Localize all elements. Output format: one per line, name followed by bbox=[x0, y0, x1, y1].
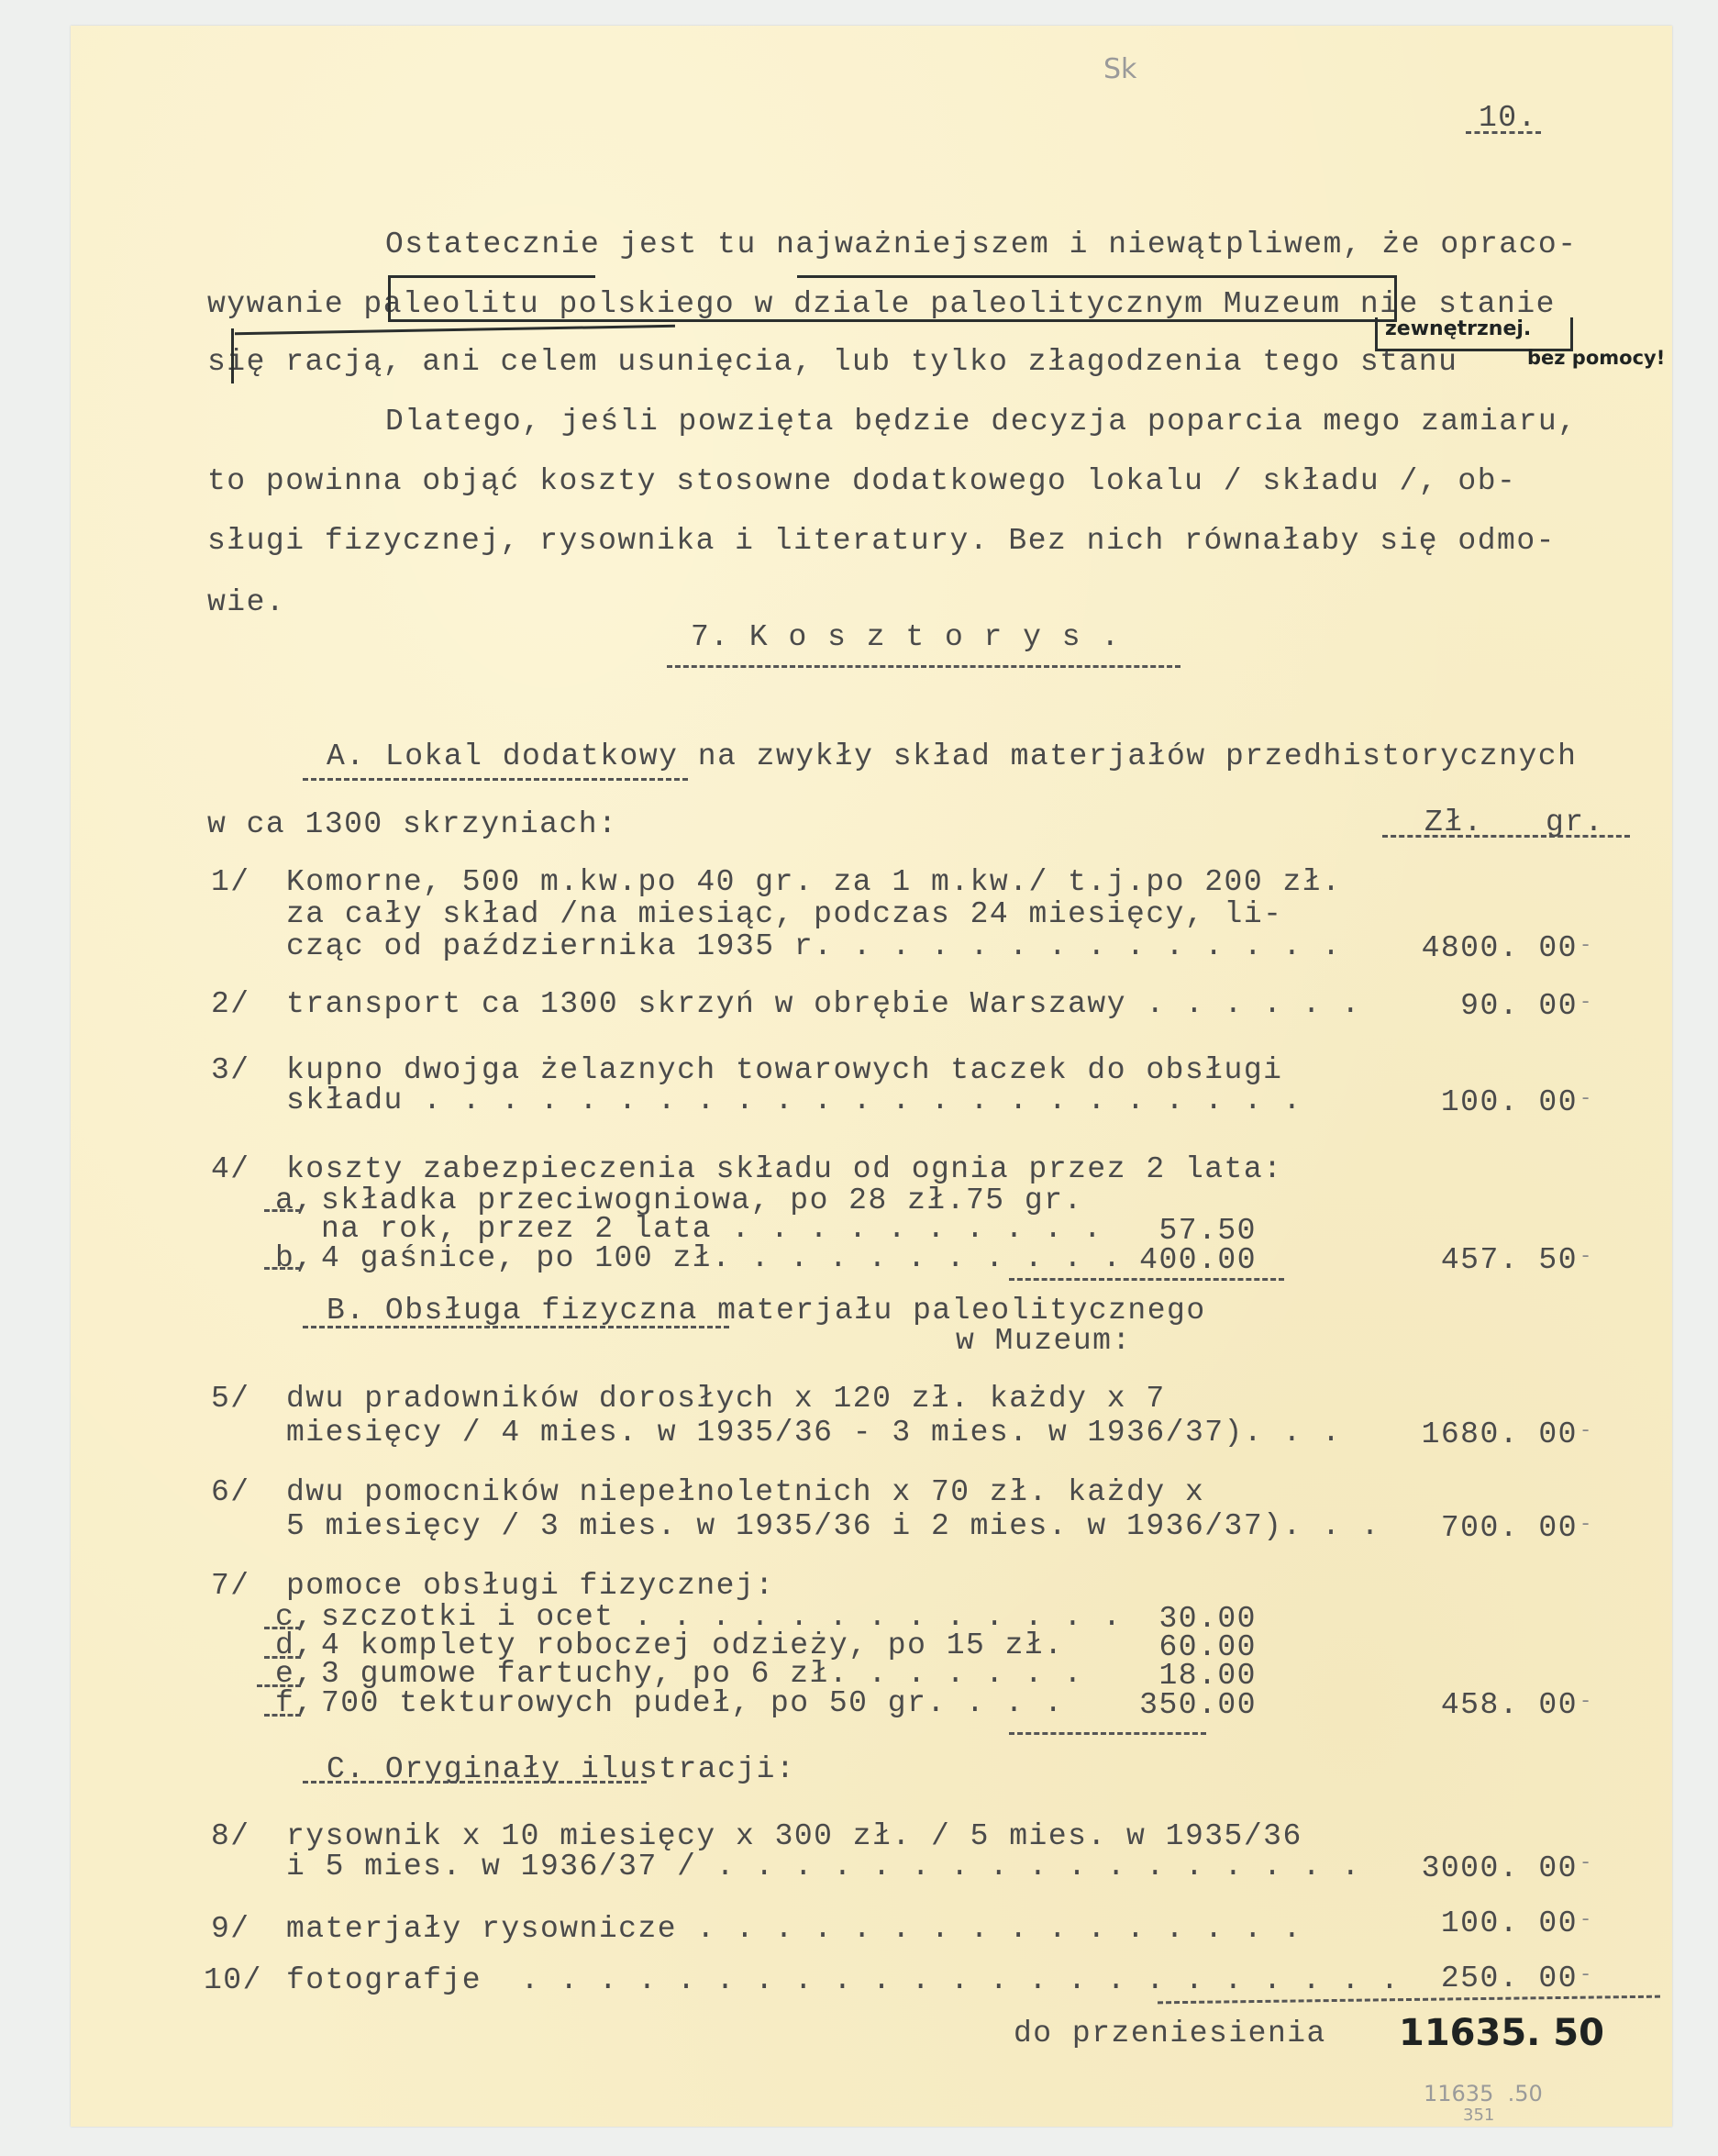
item-4b-amount: 400.00 bbox=[1092, 1243, 1257, 1277]
item-9-number: 9/ bbox=[211, 1914, 250, 1944]
item-1-line-2: za cały skład /na miesiąc, podczas 24 mi… bbox=[286, 899, 1282, 929]
column-header-zl: Zł. bbox=[1424, 807, 1483, 838]
item-4-tick: - bbox=[1579, 1245, 1591, 1268]
pencil-note-bottom-1: 11635 .50 bbox=[1424, 2081, 1543, 2106]
item-8-line-2: i 5 mies. w 1936/37 / . . . . . . . . . … bbox=[286, 1851, 1361, 1882]
item-1-line-1: Komorne, 500 m.kw.po 40 gr. za 1 m.kw./ … bbox=[286, 867, 1341, 897]
paragraph-1-line-1: Ostatecznie jest tu najważniejszem i nie… bbox=[385, 229, 1578, 260]
insertion-box-left bbox=[388, 275, 391, 321]
item-1-number: 1/ bbox=[211, 867, 250, 897]
item-4a-line-2: na rok, przez 2 lata . . . . . . . . . . bbox=[321, 1214, 1103, 1244]
section-a-heading-line-2: w ca 1300 skrzyniach: bbox=[207, 809, 617, 839]
item-2-amount: 90. 00 bbox=[1394, 989, 1578, 1023]
item-4-subtotal-underline bbox=[1009, 1278, 1284, 1281]
item-2-number: 2/ bbox=[211, 989, 250, 1019]
section-a-underline bbox=[303, 778, 688, 781]
paragraph-2-line-3: sługi fizycznej, rysownika i literatury.… bbox=[207, 526, 1556, 556]
item-4b-letter-underline bbox=[264, 1267, 301, 1270]
item-3-line-2: składu . . . . . . . . . . . . . . . . .… bbox=[286, 1085, 1302, 1116]
paragraph-2-line-2: to powinna objąć koszty stosowne dodatko… bbox=[207, 466, 1516, 496]
item-1-tick: - bbox=[1579, 934, 1591, 957]
item-5-line-1: dwu pradowników dorosłych x 120 zł. każd… bbox=[286, 1384, 1166, 1414]
item-4-line-1: koszty zabezpieczenia składu od ognia pr… bbox=[286, 1154, 1282, 1184]
page-number: 10. bbox=[1479, 103, 1537, 133]
item-5-line-2: miesięcy / 4 mies. w 1935/36 - 3 mies. w… bbox=[286, 1417, 1341, 1448]
column-header-gr: gr. bbox=[1546, 807, 1604, 838]
insertion-box-right bbox=[1394, 275, 1397, 321]
item-7f-text: 700 tekturowych pudeł, po 50 gr. . . . bbox=[321, 1688, 1064, 1718]
section-b-heading-line-2: w Muzeum: bbox=[956, 1326, 1132, 1356]
column-header-underline bbox=[1382, 835, 1630, 838]
insertion-box-bottom bbox=[388, 319, 1397, 322]
section-title-underline bbox=[667, 665, 1180, 668]
section-b-heading-line-1: B. Obsługa fizyczna materjału paleolityc… bbox=[327, 1295, 1206, 1326]
item-3-line-1: kupno dwojga żelaznych towarowych taczek… bbox=[286, 1055, 1282, 1085]
item-2-tick: - bbox=[1579, 991, 1591, 1014]
pencil-mark-top: Sk bbox=[1103, 53, 1136, 85]
item-7-tick: - bbox=[1579, 1690, 1591, 1713]
item-10-number: 10/ bbox=[204, 1965, 262, 1995]
item-5-tick: - bbox=[1579, 1419, 1591, 1442]
item-1-line-3: cząc od października 1935 r. . . . . . .… bbox=[286, 931, 1341, 961]
section-a-heading-line-1: A. Lokal dodatkowy na zwykły skład mater… bbox=[327, 741, 1577, 772]
item-7f-amount: 350.00 bbox=[1092, 1688, 1257, 1722]
item-9-tick: - bbox=[1579, 1908, 1591, 1931]
item-6-tick: - bbox=[1579, 1513, 1591, 1536]
paragraph-1-line-3: się racją, ani celem usunięcia, lub tylk… bbox=[207, 347, 1458, 377]
paragraph-2-line-4: wie. bbox=[207, 587, 285, 617]
item-7-subtotal-underline bbox=[1009, 1732, 1206, 1735]
item-8-line-1: rysownik x 10 miesięcy x 300 zł. / 5 mie… bbox=[286, 1821, 1302, 1851]
item-7f-underline bbox=[264, 1714, 301, 1717]
item-8-number: 8/ bbox=[211, 1821, 250, 1851]
section-c-underline bbox=[303, 1781, 647, 1784]
item-10-tick: - bbox=[1579, 1963, 1591, 1986]
item-7-line-1: pomoce obsługi fizycznej: bbox=[286, 1571, 775, 1601]
page-number-underline bbox=[1466, 131, 1541, 134]
item-5-amount: 1680. 00 bbox=[1394, 1417, 1578, 1451]
pencil-note-bottom-2: 351 bbox=[1463, 2106, 1494, 2125]
item-5-number: 5/ bbox=[211, 1384, 250, 1414]
item-4-amount: 457. 50 bbox=[1394, 1243, 1578, 1277]
item-4-number: 4/ bbox=[211, 1154, 250, 1184]
insertion-box-top bbox=[388, 275, 595, 278]
item-4a-letter-underline bbox=[264, 1209, 301, 1212]
carry-over-amount: 11635. 50 bbox=[1399, 2012, 1604, 2054]
item-3-amount: 100. 00 bbox=[1394, 1085, 1578, 1119]
insertion-arrow-vertical bbox=[231, 328, 234, 383]
item-3-tick: - bbox=[1579, 1087, 1591, 1110]
insertion-box-top-2 bbox=[797, 275, 1397, 278]
paragraph-2-line-1: Dlatego, jeśli powzięta będzie decyzja p… bbox=[385, 406, 1578, 437]
item-10-line-1: fotografje . . . . . . . . . . . . . . .… bbox=[286, 1965, 1400, 1995]
carry-over-label: do przeniesienia bbox=[1014, 2018, 1326, 2049]
handwritten-insert-bez-pomocy: bez pomocy! bbox=[1527, 347, 1665, 369]
item-8-amount: 3000. 00 bbox=[1394, 1851, 1578, 1885]
item-1-amount: 4800. 00 bbox=[1394, 931, 1578, 965]
item-6-line-2: 5 miesięcy / 3 mies. w 1935/36 i 2 mies.… bbox=[286, 1511, 1380, 1541]
item-2-line-1: transport ca 1300 skrzyń w obrębie Warsz… bbox=[286, 989, 1361, 1019]
item-3-number: 3/ bbox=[211, 1055, 250, 1085]
item-4b-line-1: 4 gaśnice, po 100 zł. . . . . . . . . . … bbox=[321, 1243, 1122, 1273]
section-title: 7. K o s z t o r y s . bbox=[691, 622, 1121, 652]
item-10-amount: 250. 00 bbox=[1394, 1962, 1578, 1995]
item-8-tick: - bbox=[1579, 1851, 1591, 1874]
paragraph-1-line-2: wywanie paleolitu polskiego w dziale pal… bbox=[207, 289, 1556, 319]
item-7-amount: 458. 00 bbox=[1394, 1688, 1578, 1722]
item-9-amount: 100. 00 bbox=[1394, 1906, 1578, 1940]
item-7e-text: 3 gumowe fartuchy, po 6 zł. . . . . . . bbox=[321, 1659, 1083, 1689]
section-b-underline bbox=[303, 1326, 729, 1328]
item-7-number: 7/ bbox=[211, 1571, 250, 1601]
item-6-amount: 700. 00 bbox=[1394, 1511, 1578, 1545]
item-6-number: 6/ bbox=[211, 1477, 250, 1507]
item-6-line-1: dwu pomocników niepełnoletnich x 70 zł. … bbox=[286, 1477, 1204, 1507]
handwritten-insert-zewnetrznej: zewnętrznej. bbox=[1385, 317, 1531, 340]
item-9-line-1: materjały rysownicze . . . . . . . . . .… bbox=[286, 1914, 1302, 1944]
